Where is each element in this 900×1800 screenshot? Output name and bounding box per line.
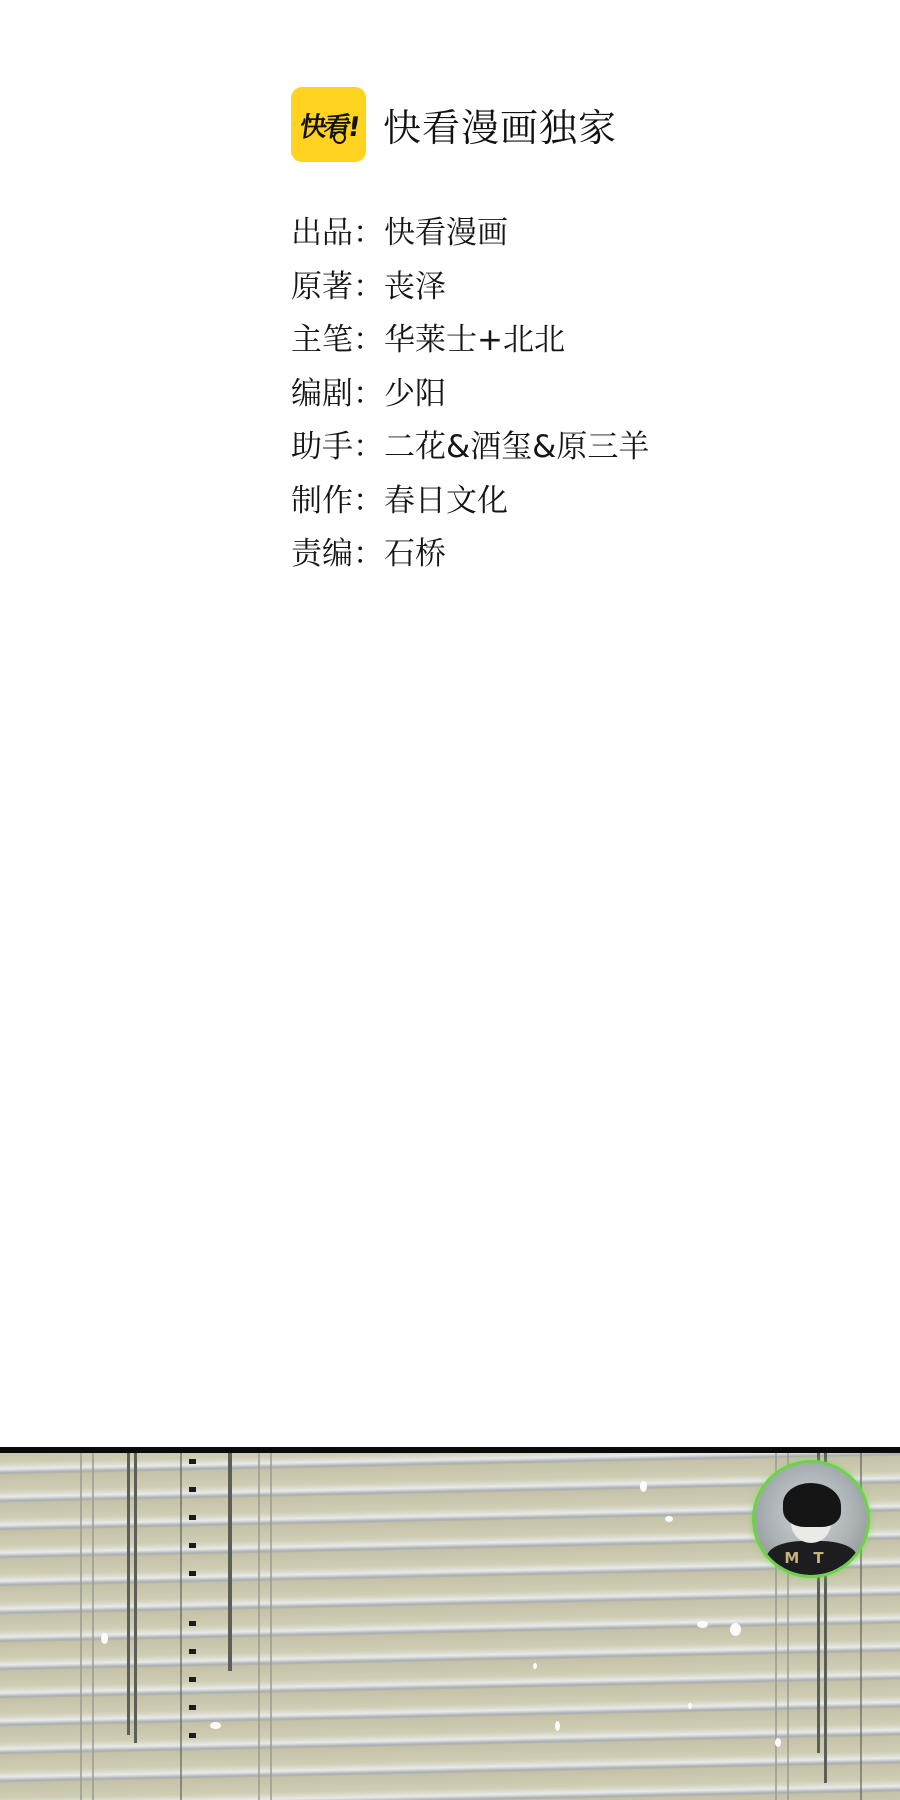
credit-production: 制作： 春日文化 bbox=[291, 471, 649, 525]
blind-clip bbox=[189, 1459, 196, 1464]
blind-ladder bbox=[258, 1453, 272, 1800]
credit-assistants: 助手： 二花&酒玺&原三羊 bbox=[291, 417, 649, 471]
blind-clip bbox=[189, 1705, 196, 1710]
credit-label: 责编： bbox=[291, 528, 384, 573]
petal bbox=[533, 1663, 537, 1669]
blind-cord bbox=[228, 1453, 232, 1671]
petal bbox=[697, 1621, 708, 1628]
blind-clip bbox=[189, 1543, 196, 1548]
credits-list: 出品： 快看漫画 原著： 丧泽 主笔： 华莱士+北北 编剧： 少阳 助手： 二花… bbox=[291, 203, 649, 578]
credit-label: 制作： bbox=[291, 475, 384, 520]
credit-value: 石桥 bbox=[384, 528, 446, 573]
credit-label: 原著： bbox=[291, 261, 384, 306]
credit-screenwriter: 编剧： 少阳 bbox=[291, 364, 649, 418]
blind-clip bbox=[189, 1487, 196, 1492]
credit-label: 助手： bbox=[291, 421, 384, 466]
header: 快看! 快看漫画独家 bbox=[291, 87, 617, 162]
blind-clip bbox=[189, 1621, 196, 1626]
blind-cord bbox=[134, 1453, 137, 1743]
credit-value: 二花&酒玺&原三羊 bbox=[384, 421, 649, 466]
credit-label: 主笔： bbox=[291, 314, 384, 359]
logo-eye-icon bbox=[333, 131, 346, 144]
blind-clip bbox=[189, 1649, 196, 1654]
credit-value: 华莱士+北北 bbox=[384, 314, 565, 359]
watermark-avatar: MT bbox=[755, 1463, 867, 1575]
petal bbox=[775, 1738, 781, 1747]
blind-clip bbox=[189, 1677, 196, 1682]
credit-label: 出品： bbox=[291, 207, 384, 252]
exclusive-title: 快看漫画独家 bbox=[383, 97, 617, 152]
credit-producer: 出品： 快看漫画 bbox=[291, 203, 649, 257]
blind-cord bbox=[180, 1453, 182, 1800]
credit-lead-artist: 主笔： 华莱士+北北 bbox=[291, 310, 649, 364]
avatar-hair bbox=[783, 1483, 841, 1527]
credit-original-author: 原著： 丧泽 bbox=[291, 257, 649, 311]
blind-clip bbox=[189, 1571, 196, 1576]
credit-label: 编剧： bbox=[291, 368, 384, 413]
petal bbox=[640, 1481, 647, 1492]
petal bbox=[555, 1721, 560, 1731]
blind-cord bbox=[127, 1453, 130, 1735]
watermark-text: MT bbox=[755, 1549, 867, 1567]
blind-ladder bbox=[80, 1453, 94, 1800]
credit-editor: 责编： 石桥 bbox=[291, 524, 649, 578]
petal bbox=[688, 1703, 692, 1709]
blind-clip bbox=[189, 1733, 196, 1738]
blind-clip bbox=[189, 1515, 196, 1520]
petal bbox=[210, 1722, 221, 1729]
credit-value: 少阳 bbox=[384, 368, 446, 413]
credit-value: 丧泽 bbox=[384, 261, 446, 306]
credit-value: 春日文化 bbox=[384, 475, 508, 520]
kuaikan-logo-icon: 快看! bbox=[291, 87, 366, 162]
petal bbox=[730, 1623, 741, 1636]
petal bbox=[665, 1516, 673, 1522]
petal bbox=[101, 1633, 108, 1644]
logo-text: 快看! bbox=[292, 105, 365, 144]
credit-value: 快看漫画 bbox=[384, 207, 508, 252]
